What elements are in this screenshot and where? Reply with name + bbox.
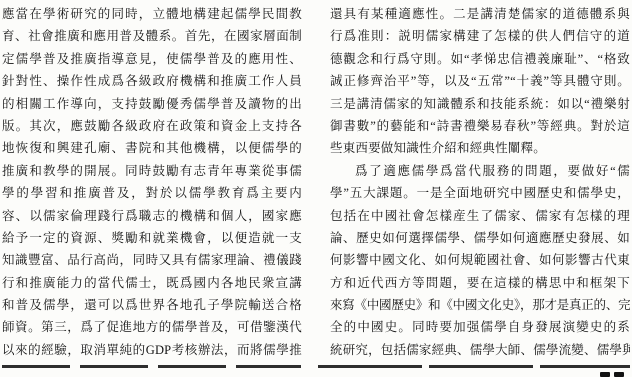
text-line: 的相關工作導向，支持鼓勵優秀儒學普及讀物的出 <box>2 93 302 115</box>
text-line: 學”五大課題。一是全面地研究中國歷史和儒學史， <box>330 182 630 204</box>
scanned-book-page: 應當在學術研究的同時，立體地構建起儒學民間教育、社會推廣和應用普及體系。首先，在… <box>0 0 632 377</box>
text-line: 容、以儒家倫理踐行爲職志的機構和個人，國家應 <box>2 205 302 227</box>
text-line: 定儒學普及推廣指導意見，使儒學普及的應用性、 <box>2 48 302 70</box>
text-line: 地恢復和興建孔廟、書院和其他機構，以便儒學的 <box>2 137 302 159</box>
text-line: 知識豐富、品行高尚，同時又具有儒家理論、禮儀踐 <box>2 249 302 271</box>
text-line: 推廣和教學的開展。同時鼓勵有志青年專業從事儒 <box>2 160 302 182</box>
text-line: 和普及儒學，還可以爲世界各地孔子學院輸送合格 <box>2 294 302 316</box>
text-line: 些東西要做知識性介紹和經典性闡釋。 <box>330 137 630 159</box>
text-line: 方和近代西方等問題，要在這樣的構思中和框架下 <box>330 272 630 294</box>
text-line: 全的中國史。同時要加强儒學自身發展演變史的系 <box>330 316 630 338</box>
cropped-rule-artifact <box>318 365 630 368</box>
page-number-digit-fragment <box>600 372 610 377</box>
text-line: 以來的經驗，取消單純的GDP考核辦法，而將儒學推 <box>2 339 302 361</box>
text-line: 三是講清儒家的知識體系和技能系統：如以“禮樂射 <box>330 93 630 115</box>
text-line: 包括在中國社會怎樣産生了儒家、儒家有怎樣的理 <box>330 205 630 227</box>
text-line: 德觀念和行爲守則。如“孝悌忠信禮義廉耻”、“格致 <box>330 48 630 70</box>
text-line: 御書數”的藝能和“詩書禮樂易春秋”等經典。對於這 <box>330 115 630 137</box>
text-line: 應當在學術研究的同時，立體地構建起儒學民間教 <box>2 3 302 25</box>
text-line: 育、社會推廣和應用普及體系。首先，在國家層面制 <box>2 25 302 47</box>
text-line: 爲了適應儒學爲當代服務的問題，要做好“儒 <box>330 160 630 182</box>
text-line: 行爲准則：説明儒家構建了怎樣的供人們信守的道 <box>330 25 630 47</box>
text-line: 行和推廣能力的當代儒士，既爲國内各地民衆宣講 <box>2 272 302 294</box>
text-line: 師資。第三，爲了促進地方的儒學普及，可借鑒漢代 <box>2 316 302 338</box>
text-line: 誠正修齊治平”等，以及“五常”“十義”等具體守則。 <box>330 70 630 92</box>
text-line: 來寫《中國歷史》和《中國文化史》，那才是真正的、完 <box>330 294 630 316</box>
text-column-right: 還具有某種適應性。二是講清楚儒家的道德體系與行爲准則：説明儒家構建了怎樣的供人們… <box>330 3 630 361</box>
text-line: 何影響中國文化、如何規範國社會、如何影響古代東 <box>330 249 630 271</box>
text-line: 給予一定的資源、獎勵和就業機會，以便造就一支 <box>2 227 302 249</box>
text-line: 還具有某種適應性。二是講清楚儒家的道德體系與 <box>330 3 630 25</box>
page-number-artifact <box>600 372 624 377</box>
text-line: 論、歷史如何選擇儒學、儒學如何適應歷史發展、如 <box>330 227 630 249</box>
cropped-next-line-artifact <box>2 365 301 368</box>
page-number-digit-fragment <box>614 372 624 377</box>
text-line: 學的學習和推廣普及，對於以儒學教育爲主要内 <box>2 182 302 204</box>
text-line: 針對性、操作性成爲各級政府機構和推廣工作人員 <box>2 70 302 92</box>
text-column-left: 應當在學術研究的同時，立體地構建起儒學民間教育、社會推廣和應用普及體系。首先，在… <box>2 3 302 361</box>
text-line: 版。其次，應鼓勵各級政府在政策和資金上支持各 <box>2 115 302 137</box>
text-line: 統研究，包括儒家經典、儒學大師、儒學流變、儒學與 <box>330 339 630 361</box>
